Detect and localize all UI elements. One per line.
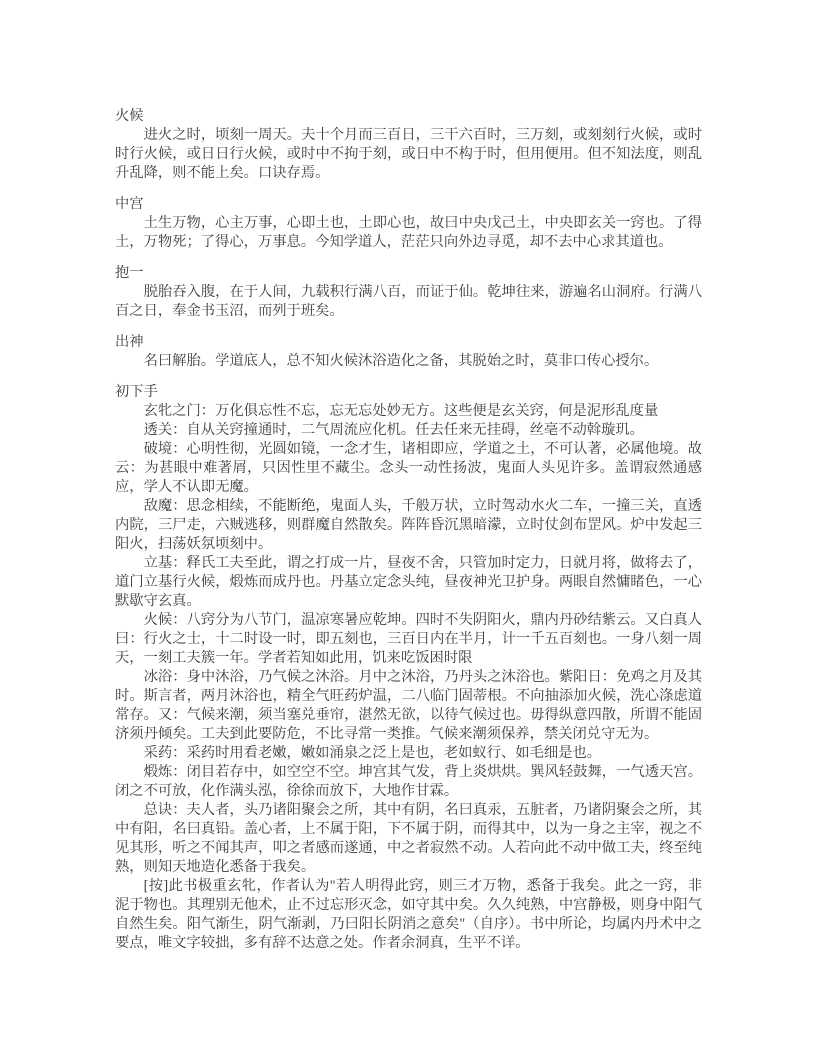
document-section: 火候 进火之时，顷刻一周天。夫十个月而三百日，三干六百时，三万刻，或刻刻行火候，… <box>115 107 702 183</box>
document-section: 中宫 土生万物，心主万事，心即土也，土即心也，故曰中央戊己土，中央即玄关一窍也。… <box>115 195 702 252</box>
paragraph: 名曰解胎。学道底人，总不知火候沐浴造化之备，其脱始之时，莫非口传心授尔。 <box>115 352 702 371</box>
document-section: 初下手 玄牝之门：万化俱忘性不忘，忘无忘处妙无方。这些便是玄关窍，何是泥形乱度量… <box>115 383 702 953</box>
paragraph: 煅炼：闭目若存中，如空空不空。坤宫其气发，背上炎烘烘。巽风轻鼓舞，一气透天宫。闭… <box>115 763 702 801</box>
paragraph: [按]此书极重玄牝，作者认为"若人明得此窍，则三才万物，悉备于我矣。此之一窍，非… <box>115 877 702 953</box>
paragraph: 采药：采药时用看老嫩，嫩如涌泉之泛上是也，老如蚁行、如毛细是也。 <box>115 744 702 763</box>
document-section: 抱一 脱胎吞入腹，在于人间，九载积行满八百，而证于仙。乾坤往来，游遍名山洞府。行… <box>115 264 702 321</box>
paragraph: 脱胎吞入腹，在于人间，九载积行满八百，而证于仙。乾坤往来，游遍名山洞府。行满八百… <box>115 283 702 321</box>
paragraph: 进火之时，顷刻一周天。夫十个月而三百日，三干六百时，三万刻，或刻刻行火候，或时时… <box>115 126 702 183</box>
paragraph: 火候：八窍分为八节门，温凉寒暑应乾坤。四时不失阴阳火，鼎内丹砂结紫云。又白真人曰… <box>115 611 702 668</box>
paragraph: 土生万物，心主万事，心即土也，土即心也，故曰中央戊己土，中央即玄关一窍也。了得土… <box>115 214 702 252</box>
section-title: 出神 <box>115 333 702 352</box>
section-title: 火候 <box>115 107 702 126</box>
paragraph: 玄牝之门：万化俱忘性不忘，忘无忘处妙无方。这些便是玄关窍，何是泥形乱度量 <box>115 402 702 421</box>
paragraph: 敌魔：思念相续，不能断绝，鬼面人头，千般万状，立时驾动水火二车，一撞三关，直透内… <box>115 497 702 554</box>
document-page: 火候 进火之时，顷刻一周天。夫十个月而三百日，三干六百时，三万刻，或刻刻行火候，… <box>0 0 816 1056</box>
paragraph: 破境：心明性彻，光圆如镜，一念才生，诸相即应，学道之土，不可认著，必属他境。故云… <box>115 440 702 497</box>
paragraph: 透关：自从关窍撞通时，二气周流应化机。任去任来无挂碍，丝亳不动斡璇玑。 <box>115 421 702 440</box>
section-title: 中宫 <box>115 195 702 214</box>
paragraph: 冰浴：身中沐浴，乃气候之沐浴。月中之沐浴，乃丹头之沐浴也。紫阳日：免鸡之月及其时… <box>115 668 702 744</box>
paragraph: 立基：释氏工夫至此，谓之打成一片，昼夜不舍，只管加时定力，日就月将，做将去了，道… <box>115 554 702 611</box>
section-title: 抱一 <box>115 264 702 283</box>
document-section: 出神 名曰解胎。学道底人，总不知火候沐浴造化之备，其脱始之时，莫非口传心授尔。 <box>115 333 702 371</box>
section-title: 初下手 <box>115 383 702 402</box>
paragraph: 总诀：夫人者，头乃诸阳聚会之所，其中有阴，名曰真汞，五脏者，乃诸阴聚会之所，其中… <box>115 801 702 877</box>
document-body: 火候 进火之时，顷刻一周天。夫十个月而三百日，三干六百时，三万刻，或刻刻行火候，… <box>115 107 702 953</box>
